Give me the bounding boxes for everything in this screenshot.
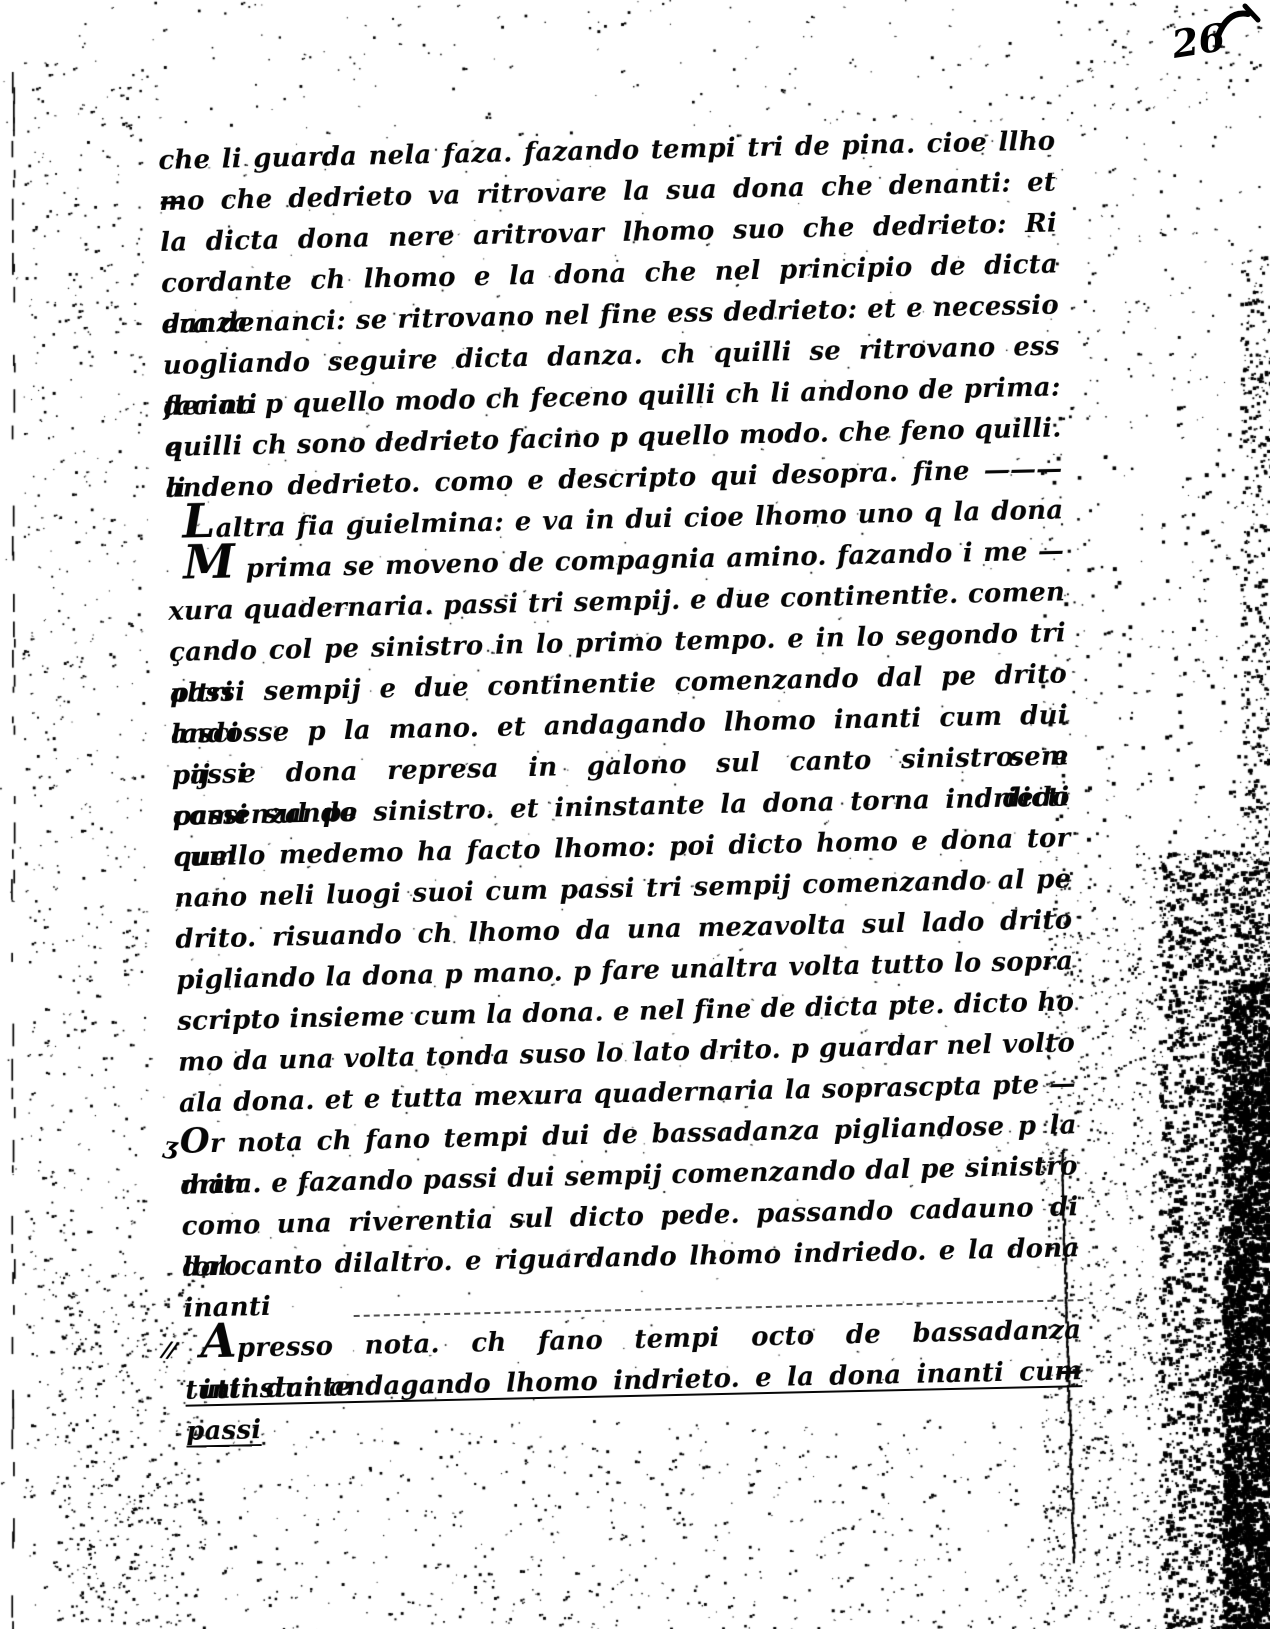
folio-number: 26 [1169, 14, 1228, 67]
text-block: che li guarda nela faza. fazando tempi t… [158, 121, 1083, 1411]
margin-mark: ʒ [162, 1130, 179, 1160]
manuscript-page: 26 che li guarda nela faza. fazando temp… [0, 0, 1270, 1629]
